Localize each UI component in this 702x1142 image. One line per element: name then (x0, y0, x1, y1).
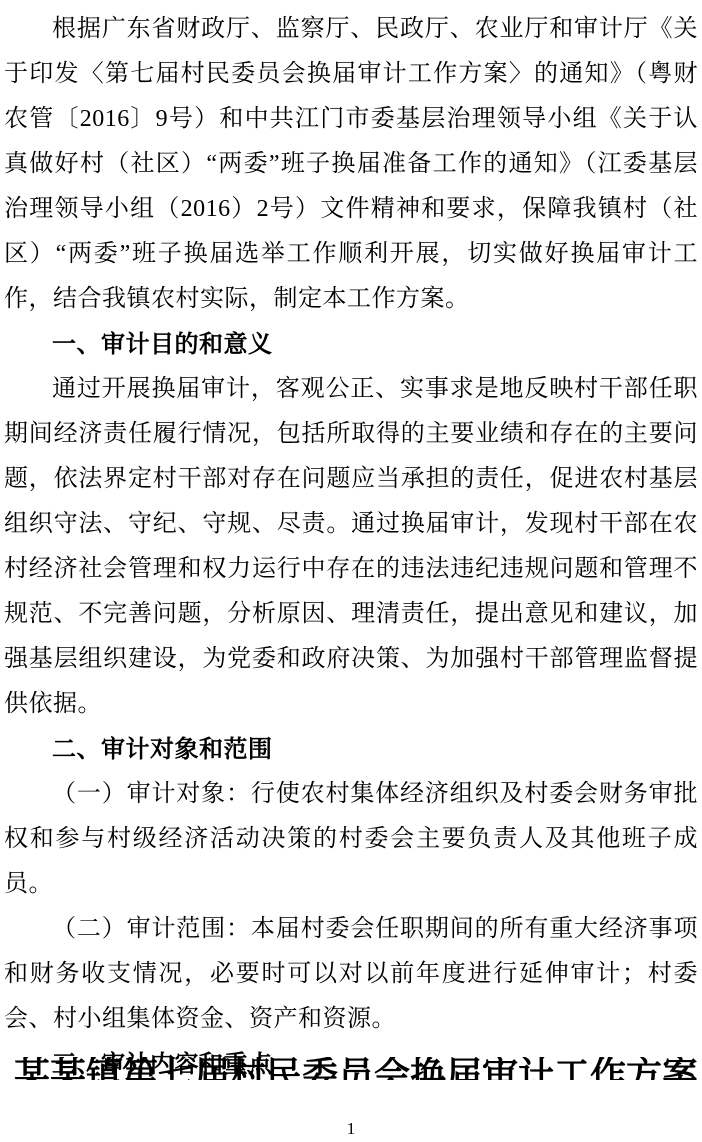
document-page: 根据广东省财政厅、监察厅、民政厅、农业厅和审计厅《关于印发〈第七届村民委员会换届… (0, 0, 702, 1142)
paragraph-audit-range: （二）审计范围：本届村委会任职期间的所有重大经济事项和财务收支情况，必要时可以对… (4, 907, 698, 1042)
clipped-document-title: 某某镇第七届村民委员会换届审计工作方案 (14, 1057, 702, 1080)
paragraph-basis: 根据广东省财政厅、监察厅、民政厅、农业厅和审计厅《关于印发〈第七届村民委员会换届… (4, 7, 698, 322)
paragraph-audit-target: （一）审计对象：行使农村集体经济组织及村委会财务审批权和参与村级经济活动决策的村… (4, 772, 698, 907)
heading-section-1-audit-purpose: 一、审计目的和意义 (4, 322, 698, 367)
paragraph-audit-purpose: 通过开展换届审计，客观公正、实事求是地反映村干部任职期间经济责任履行情况，包括所… (4, 367, 698, 727)
page-number: 1 (0, 1119, 702, 1139)
clipped-document-title-text: 某某镇第七届村民委员会换届审计工作方案 (14, 1057, 698, 1080)
document-body: 根据广东省财政厅、监察厅、民政厅、农业厅和审计厅《关于印发〈第七届村民委员会换届… (4, 7, 698, 1087)
heading-section-2-audit-scope: 二、审计对象和范围 (4, 727, 698, 772)
